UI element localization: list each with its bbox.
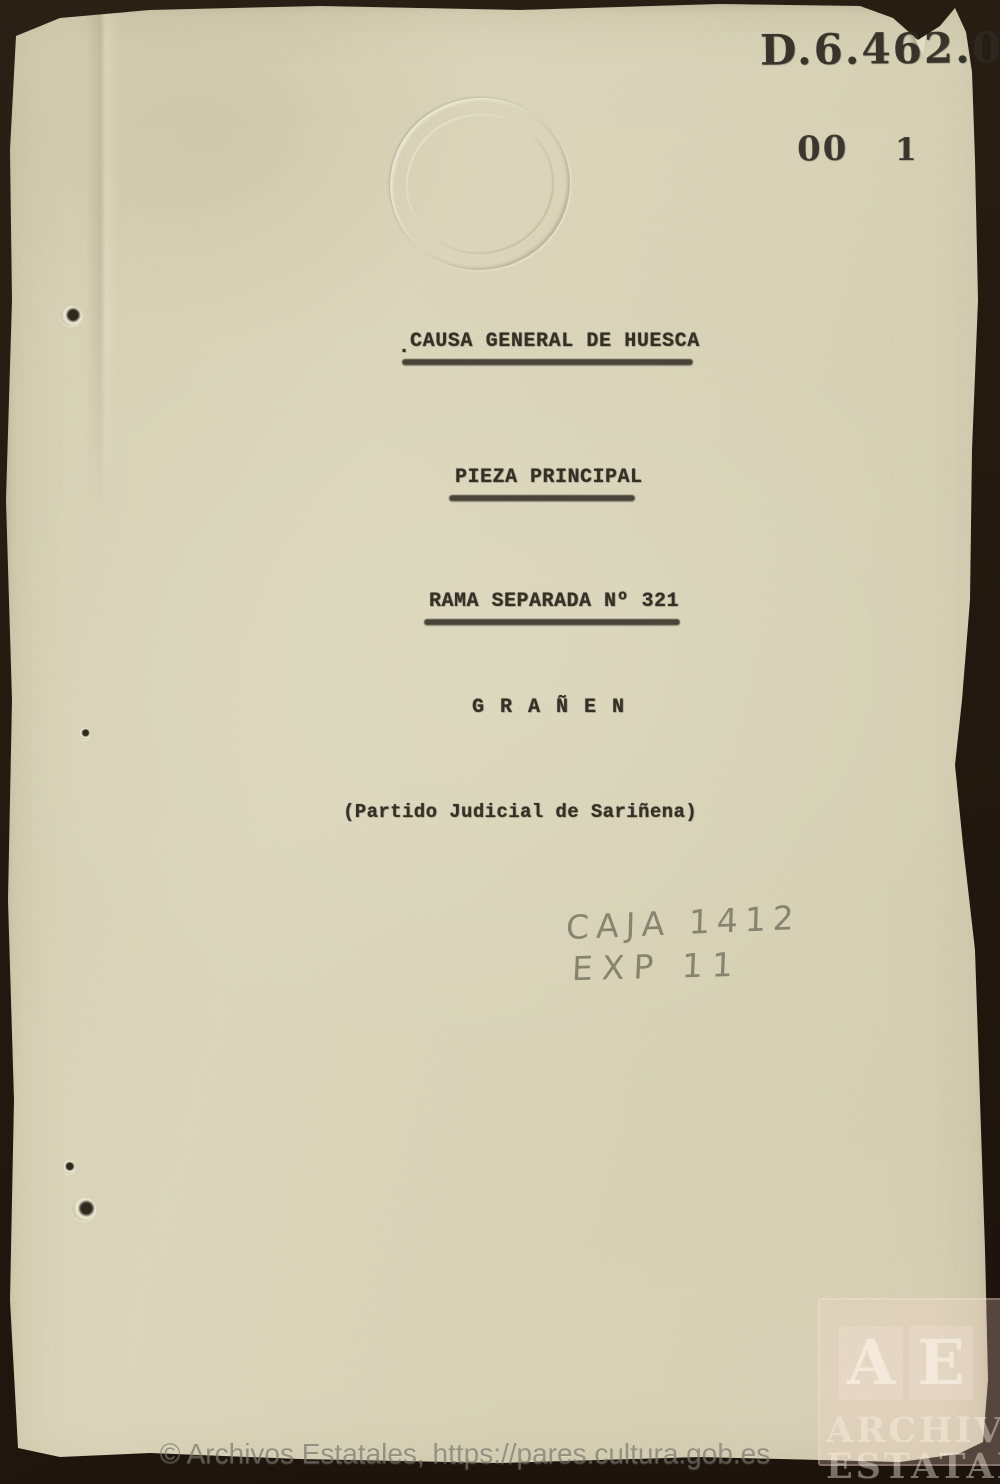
copyright-watermark: © Archivos Estatales, https://pares.cult… bbox=[110, 1438, 820, 1470]
watermark-estatales-text: ESTATALES bbox=[826, 1446, 1000, 1484]
binding-hole bbox=[72, 1198, 96, 1221]
stray-type-mark: . bbox=[398, 336, 410, 359]
subtitle-pieza-underline bbox=[449, 495, 635, 501]
subtitle-pieza: PIEZA PRINCIPAL bbox=[455, 466, 643, 489]
title-underline bbox=[402, 359, 693, 365]
watermark-archivos-text: ARCHIVOS bbox=[826, 1410, 1000, 1451]
document-title: CAUSA GENERAL DE HUESCA bbox=[410, 330, 700, 353]
paper-crease bbox=[86, 0, 120, 520]
watermark-letter-a: A bbox=[847, 1332, 895, 1394]
watermark-letter-e: E bbox=[917, 1332, 964, 1394]
folio-stamp-left: 00 bbox=[797, 129, 849, 170]
subtitle-rama-underline bbox=[424, 619, 680, 625]
subtitle-rama: RAMA SEPARADA Nº 321 bbox=[429, 590, 679, 613]
judicial-district: (Partido Judicial de Sariñena) bbox=[343, 801, 697, 823]
folio-stamp-right: 1 bbox=[895, 132, 919, 168]
binding-hole bbox=[60, 306, 82, 326]
watermark-tile-e: E bbox=[909, 1326, 973, 1400]
place-name: G R A Ñ E N bbox=[472, 696, 626, 719]
binding-hole bbox=[79, 727, 90, 740]
watermark-tile-a: A bbox=[839, 1326, 903, 1400]
handwritten-exp-number: EXP 11 bbox=[571, 945, 742, 989]
embossed-seal-inner-ring bbox=[397, 104, 563, 263]
archive-reference-stamp: D.6.462.052 bbox=[760, 22, 1000, 74]
binding-hole bbox=[62, 1160, 75, 1174]
